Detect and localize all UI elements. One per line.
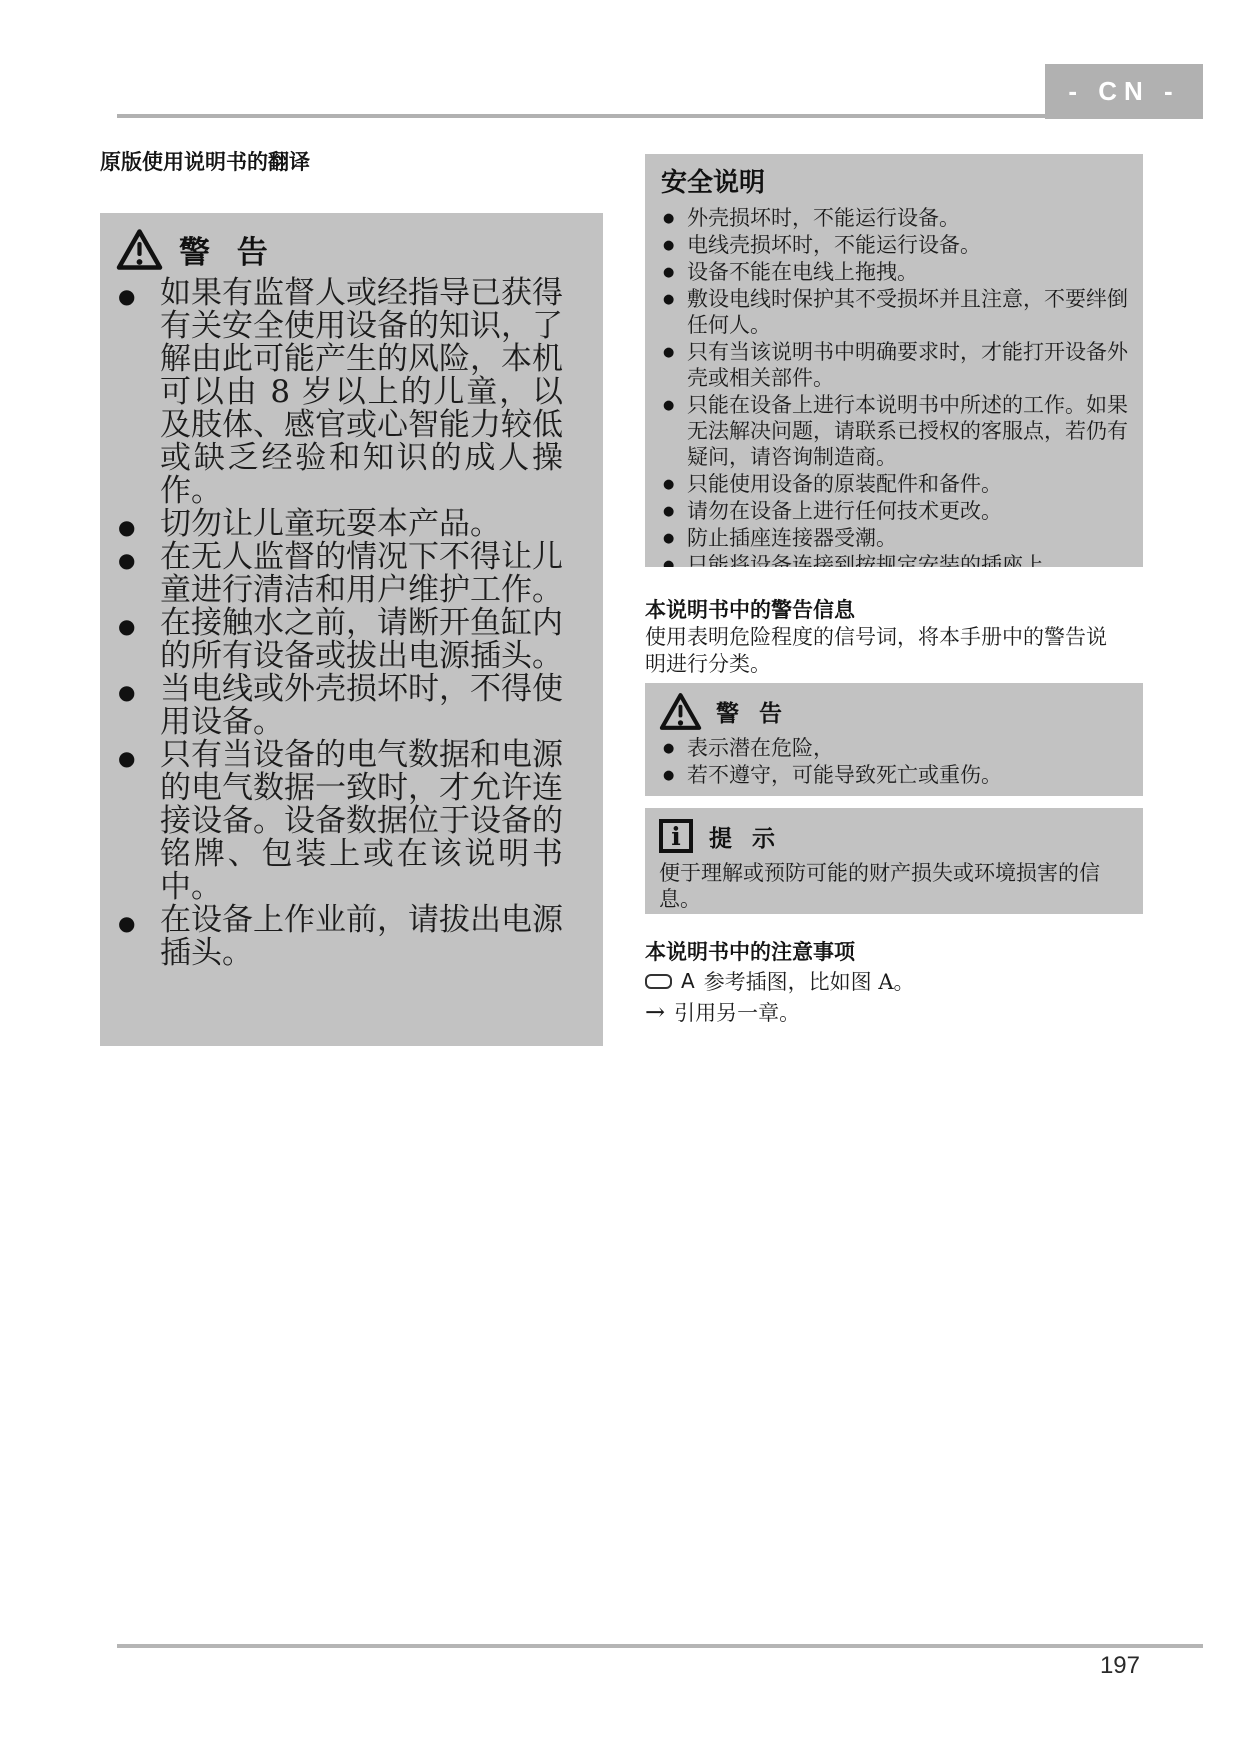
warning-item: 当电线或外壳损坏时，不得使用设备。 [116, 673, 587, 739]
warning-box-main-title: 警 告 [179, 227, 276, 272]
figure-ref-text: 参考插图，比如图 A。 [704, 966, 915, 996]
warning-level-item: 若不遵守，可能导致死亡或重伤。 [659, 762, 1129, 788]
tip-box: i 提 示 便于理解或预防可能的财产损失或环境损害的信息。 [645, 808, 1143, 914]
warning-item: 在无人监督的情况下不得让儿童进行清洁和用户维护工作。 [116, 541, 587, 607]
safety-box-list: 外壳损坏时，不能运行设备。 电线壳损坏时，不能运行设备。 设备不能在电线上拖拽。… [659, 205, 1129, 567]
safety-item: 只能在设备上进行本说明书中所述的工作。如果无法解决问题，请联系已授权的客服点，若… [659, 392, 1129, 470]
warnings-section-body: 使用表明危险程度的信号词，将本手册中的警告说明进行分类。 [645, 624, 1127, 678]
tip-title: 提 示 [709, 820, 781, 853]
warning-level-item: 表示潜在危险， [659, 735, 1129, 761]
safety-item: 电线壳损坏时，不能运行设备。 [659, 232, 1129, 258]
header-rule [117, 114, 1045, 118]
safety-item: 防止插座连接器受潮。 [659, 525, 1129, 551]
safety-box-title: 安全说明 [661, 162, 1129, 199]
tip-title-row: i 提 示 [659, 814, 1129, 858]
warning-level-title: 警 告 [716, 695, 788, 728]
footer-rule [117, 1644, 1203, 1648]
warning-item: 如果有监督人或经指导已获得有关安全使用设备的知识，了解由此可能产生的风险，本机可… [116, 277, 587, 508]
warning-box-main-list: 如果有监督人或经指导已获得有关安全使用设备的知识，了解由此可能产生的风险，本机可… [116, 277, 587, 970]
safety-item: 只能使用设备的原装配件和备件。 [659, 471, 1129, 497]
left-column-heading: 原版使用说明书的翻译 [100, 146, 560, 176]
warning-triangle-icon [116, 228, 163, 271]
warning-item: 在设备上作业前，请拔出电源插头。 [116, 904, 587, 970]
language-tab: - CN - [1045, 64, 1203, 119]
warning-level-box: 警 告 表示潜在危险， 若不遵守，可能导致死亡或重伤。 [645, 683, 1143, 796]
notes-section-heading: 本说明书中的注意事项 [645, 936, 855, 966]
warning-box-main-title-row: 警 告 [116, 223, 587, 275]
note-item-chapter-ref: → 引用另一章。 [645, 997, 800, 1027]
figure-ref-icon [645, 974, 672, 989]
safety-item: 敷设电线时保护其不受损坏并且注意，不要绊倒任何人。 [659, 286, 1129, 338]
safety-item: 请勿在设备上进行任何技术更改。 [659, 498, 1129, 524]
safety-item: 只有当该说明书中明确要求时，才能打开设备外壳或相关部件。 [659, 339, 1129, 391]
manual-page: - CN - 原版使用说明书的翻译 警 告 如果有监督人或经指导已获得有关安全使… [0, 0, 1241, 1754]
warning-triangle-icon [659, 692, 702, 731]
tip-body: 便于理解或预防可能的财产损失或环境损害的信息。 [659, 860, 1115, 912]
warning-level-list: 表示潜在危险， 若不遵守，可能导致死亡或重伤。 [659, 735, 1129, 788]
page-number: 197 [1020, 1652, 1140, 1680]
warning-item: 只有当设备的电气数据和电源的电气数据一致时，才允许连接设备。设备数据位于设备的铭… [116, 739, 587, 904]
warning-item: 切勿让儿童玩耍本产品。 [116, 508, 587, 541]
safety-item: 外壳损坏时，不能运行设备。 [659, 205, 1129, 231]
warnings-section-heading: 本说明书中的警告信息 [645, 594, 855, 624]
warning-item: 在接触水之前，请断开鱼缸内的所有设备或拔出电源插头。 [116, 607, 587, 673]
warning-level-title-row: 警 告 [659, 687, 1129, 735]
chapter-ref-text: 引用另一章。 [674, 997, 800, 1027]
note-item-figure-ref: A 参考插图，比如图 A。 [645, 966, 915, 996]
safety-item: 设备不能在电线上拖拽。 [659, 259, 1129, 285]
info-icon: i [659, 819, 693, 853]
figure-ref-label: A [681, 969, 695, 993]
safety-item: 只能将设备连接到按规定安装的插座上。 [659, 552, 1129, 567]
arrow-right-icon: → [645, 1000, 665, 1024]
warning-box-main: 警 告 如果有监督人或经指导已获得有关安全使用设备的知识，了解由此可能产生的风险… [100, 213, 603, 1046]
safety-instructions-box: 安全说明 外壳损坏时，不能运行设备。 电线壳损坏时，不能运行设备。 设备不能在电… [645, 154, 1143, 567]
